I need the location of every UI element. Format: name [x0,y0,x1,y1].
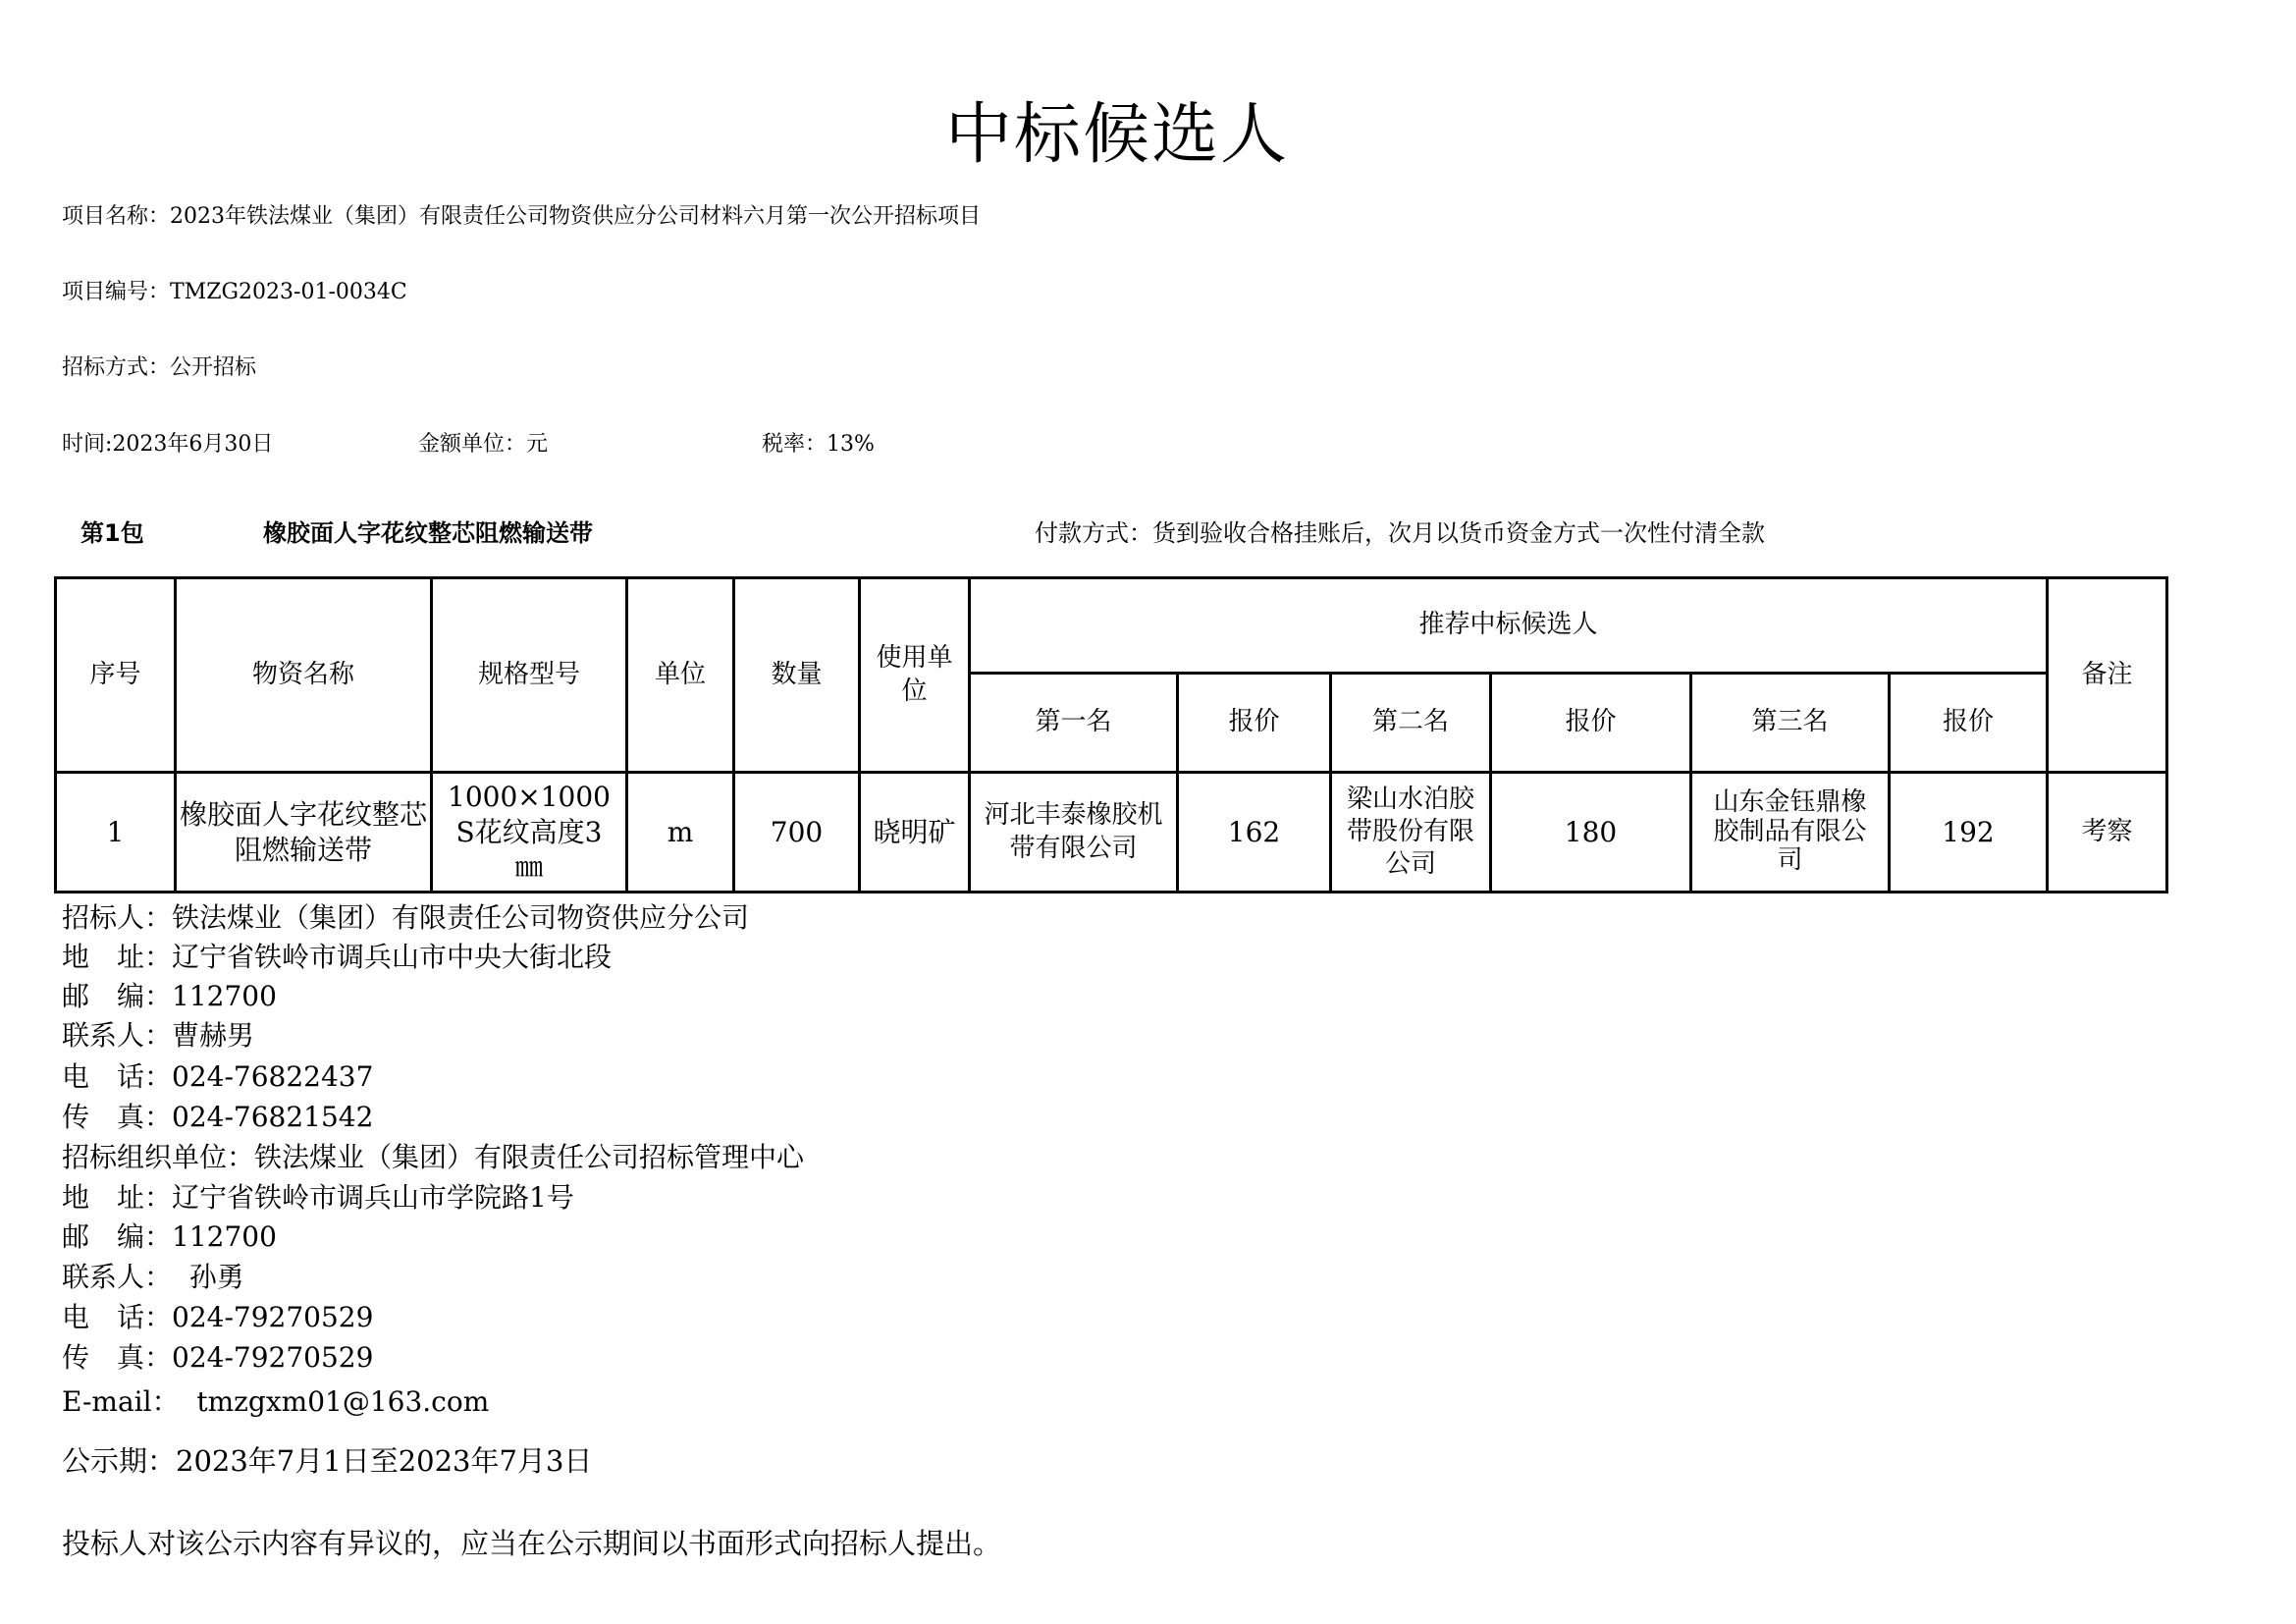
cell-second: 梁山水泊胶带股份有限公司 [1329,771,1492,893]
tax-rate: 税率：13% [762,434,875,456]
header-spec: 规格型号 [430,576,628,774]
header-using-unit: 使用单位 [858,576,971,774]
header-unit: 单位 [625,576,735,774]
tenderer-phone: 电 话：024-76822437 [62,1063,373,1091]
tenderer-address: 地 址：辽宁省铁岭市调兵山市中央大街北段 [62,944,612,971]
tenderer-postcode: 邮 编：112700 [62,983,277,1010]
header-third: 第三名 [1689,672,1891,774]
agency-name: 招标组织单位：铁法煤业（集团）有限责任公司招标管理中心 [62,1144,804,1171]
cell-unit: m [625,771,735,893]
package-name: 橡胶面人字花纹整芯阻燃输送带 [263,521,593,545]
cell-material-name: 橡胶面人字花纹整芯阻燃输送带 [174,771,433,893]
tenderer-contact: 联系人：曹赫男 [62,1022,254,1050]
bidding-method: 招标方式：公开招标 [62,357,256,379]
package-label: 第1包 [80,521,144,545]
cell-price1: 162 [1176,771,1332,893]
agency-postcode: 邮 编：112700 [62,1223,277,1251]
agency-fax: 传 真：024-79270529 [62,1344,373,1372]
candidate-table: 序号 物资名称 规格型号 单位 数量 使用单位 推荐中标候选人 备注 第一名 报… [54,576,2168,893]
publicity-period: 公示期：2023年7月1日至2023年7月3日 [62,1447,592,1476]
header-price3: 报价 [1888,672,2049,774]
cell-price2: 180 [1489,771,1692,893]
objection-notice: 投标人对该公示内容有异议的，应当在公示期间以书面形式向招标人提出。 [62,1530,1001,1558]
tenderer-name: 招标人：铁法煤业（集团）有限责任公司物资供应分公司 [62,904,749,932]
payment-terms: 付款方式：货到验收合格挂账后，次月以货币资金方式一次性付清全款 [1035,521,1765,545]
page-title: 中标候选人 [944,102,1290,169]
cell-price3: 192 [1888,771,2049,893]
header-second: 第二名 [1329,672,1492,774]
agency-phone: 电 话：024-79270529 [62,1304,373,1331]
agency-email[interactable]: E-mail： tmzgxm01@163.com [62,1388,489,1416]
header-price2: 报价 [1489,672,1692,774]
header-first: 第一名 [968,672,1179,774]
header-material-name: 物资名称 [174,576,433,774]
currency-unit: 金额单位：元 [418,434,548,456]
agency-address: 地 址：辽宁省铁岭市调兵山市学院路1号 [62,1184,574,1212]
header-remarks: 备注 [2046,576,2168,774]
cell-seq: 1 [54,771,177,893]
cell-spec: 1000×1000S花纹高度3㎜ [430,771,628,893]
project-name: 项目名称：2023年铁法煤业（集团）有限责任公司物资供应分公司材料六月第一次公开… [62,206,981,228]
cell-first: 河北丰泰橡胶机带有限公司 [968,771,1179,893]
tenderer-fax: 传 真：024-76821542 [62,1104,373,1131]
cell-third: 山东金钰鼎橡胶制品有限公司 [1689,771,1891,893]
cell-remarks: 考察 [2046,771,2168,893]
project-number: 项目编号：TMZG2023-01-0034C [62,282,407,303]
announcement-date: 时间:2023年6月30日 [62,434,273,456]
header-seq: 序号 [54,576,177,774]
header-quantity: 数量 [732,576,861,774]
cell-quantity: 700 [732,771,861,893]
header-recommended-candidates: 推荐中标候选人 [968,576,2049,675]
agency-contact: 联系人： 孙勇 [62,1264,244,1291]
header-price1: 报价 [1176,672,1332,774]
cell-using-unit: 晓明矿 [858,771,971,893]
